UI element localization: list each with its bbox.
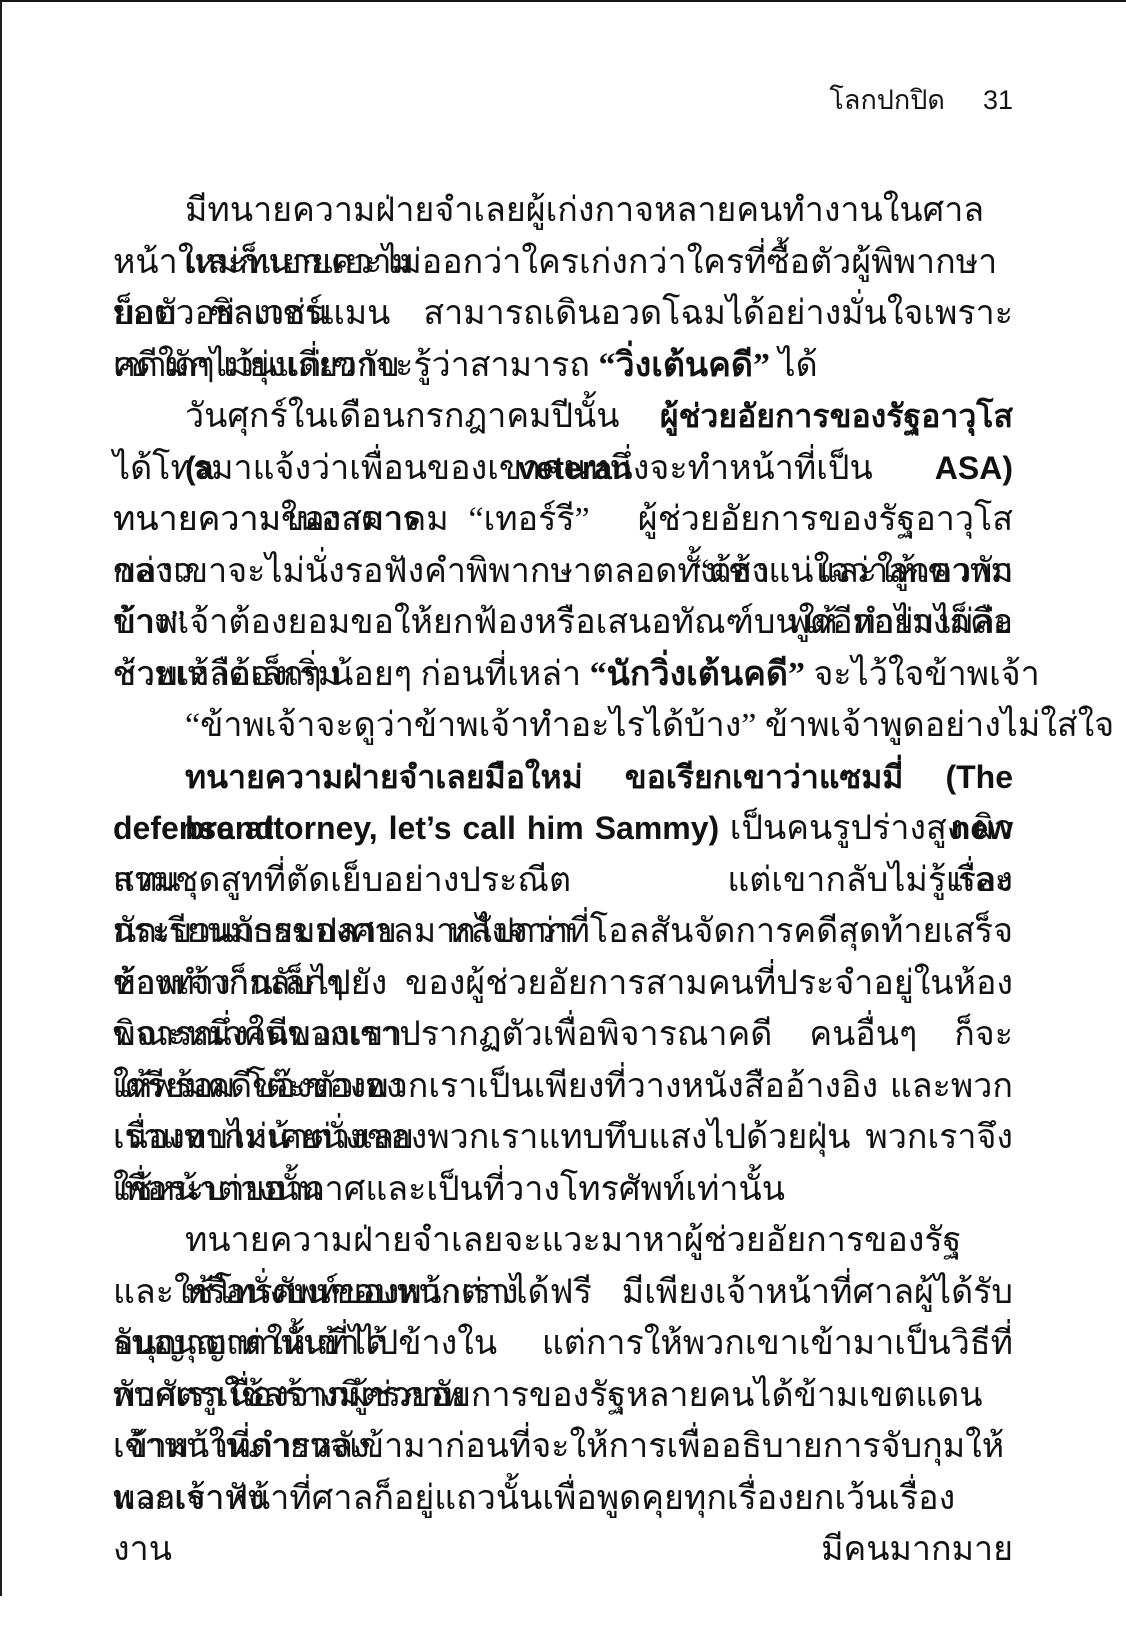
text-line: บ็อบ ซิลเวอร์แมน สามารถเดินอวดโฉมได้อย่า… (113, 288, 1013, 340)
text-run: และเจ้าหน้าที่ศาลก็อยู่แถวนั้นเพื่อพูดคุ… (113, 1480, 1013, 1569)
scan-left-edge-line (0, 0, 2, 1596)
text-line: ทนายความฝ่ายจำเลยมือใหม่ ขอเรียกเขาว่าแซ… (113, 752, 1013, 804)
running-head-title: โลกปกปิด (829, 85, 945, 115)
bold-run: “วิ่งเต้นคดี” (599, 347, 770, 384)
text-line: เพื่อระบายอากาศและเป็นที่วางโทรศัพท์เท่า… (113, 1164, 1013, 1216)
text-line: ข้าพเจ้าต้องยอมขอให้ยกฟ้องหรือเสนอทัณฑ์บ… (113, 597, 1013, 649)
text-line: ให้พร้อม โต๊ะของพวกเราเป็นเพียงที่วางหนั… (113, 1061, 1013, 1113)
running-head: โลกปกปิด31 (829, 84, 1013, 116)
text-run: จะไว้ใจข้าพเจ้า (805, 656, 1040, 693)
scan-top-edge-line (0, 0, 1126, 2)
text-line: เนื่องจากหน้าต่างของพวกเราแทบทึบแสงไปด้ว… (113, 1112, 1013, 1164)
text-run: ได้ (770, 347, 818, 384)
text-line: วันศุกร์ในเดือนกรกฎาคมปีนั้น ผู้ช่วยอัยก… (113, 391, 1013, 443)
text-line: นักเรียนมัธยมปลาย หลังจากที่โอลสันจัดการ… (113, 906, 1013, 958)
text-line: มีทนายความฝ่ายจำเลยผู้เก่งกาจหลายคนทำงาน… (113, 185, 1013, 237)
page-body: มีทนายความฝ่ายจำเลยผู้เก่งกาจหลายคนทำงาน… (113, 185, 1013, 1524)
text-line: ช่วยเหลือเล็กๆ น้อยๆ ก่อนที่เหล่า “นักวิ… (113, 649, 1013, 701)
text-line: เจ้าหน้าที่ตำรวจเข้ามาก่อนที่จะให้การเพื… (113, 1421, 1013, 1473)
text-line: หน้าใหม่ก็แยกแยะไม่ออกว่าใครเก่งกว่าใครท… (113, 237, 1013, 289)
text-line: ขณะหนึ่งในพวกเราปรากฏตัวเพื่อพิจารณาคดี … (113, 1009, 1013, 1061)
text-run: วันศุกร์ในเดือนกรกฎาคมปีนั้น (185, 398, 660, 435)
text-line: คดีใดๆ เว้นแต่เขาจะรู้ว่าสามารถ “วิ่งเต้… (113, 340, 1013, 392)
bold-run: “นักวิ่งเต้นคดี” (590, 656, 805, 693)
text-line: ทนายความในอาคาร “เทอร์รี” ผู้ช่วยอัยการข… (113, 494, 1013, 546)
text-line: defense attorney, let’s call him Sammy) … (113, 803, 1013, 855)
text-line: กับศัตรูเนื่องจากผู้ช่วยอัยการของรัฐหลาย… (113, 1370, 1013, 1422)
text-line: ของเขาจะไม่นั่งรอฟังคำพิพากษาตลอดทั้งเช้… (113, 546, 1013, 598)
text-line: และเจ้าหน้าที่ศาลก็อยู่แถวนั้นเพื่อพูดคุ… (113, 1473, 1013, 1525)
text-run: เพื่อระบายอากาศและเป็นที่วางโทรศัพท์เท่า… (113, 1171, 785, 1208)
text-run: “ข้าพเจ้าจะดูว่าข้าพเจ้าทำอะไรได้บ้าง” ข… (185, 707, 1114, 744)
text-line: “ข้าพเจ้าจะดูว่าข้าพเจ้าทำอะไรได้บ้าง” ข… (113, 700, 1013, 752)
text-run: ช่วยเหลือเล็กๆ น้อยๆ ก่อนที่เหล่า (113, 656, 590, 693)
text-line: รับอนุญาตให้เข้าไปข้างใน แต่การให้พวกเขา… (113, 1318, 1013, 1370)
text-line: ทนายความฝ่ายจำเลยจะแวะมาหาผู้ช่วยอัยการข… (113, 1215, 1013, 1267)
text-line: สวมชุดสูทที่ตัดเย็บอย่างประณีต แต่เขากลั… (113, 855, 1013, 907)
bold-sans-run: defense attorney, let’s call him Sammy) (113, 810, 719, 846)
page-number: 31 (983, 85, 1013, 115)
book-page: โลกปกปิด31 มีทนายความฝ่ายจำเลยผู้เก่งกาจ… (0, 0, 1126, 1638)
text-line: ห้องทำงานเล็กๆ ของผู้ช่วยอัยการสามคนที่ป… (113, 958, 1013, 1010)
text-run: คดีใดๆ เว้นแต่เขาจะรู้ว่าสามารถ (113, 347, 599, 384)
text-line: และใช้โทรศัพท์ของพวกเราได้ฟรี มีเพียงเจ้… (113, 1267, 1013, 1319)
